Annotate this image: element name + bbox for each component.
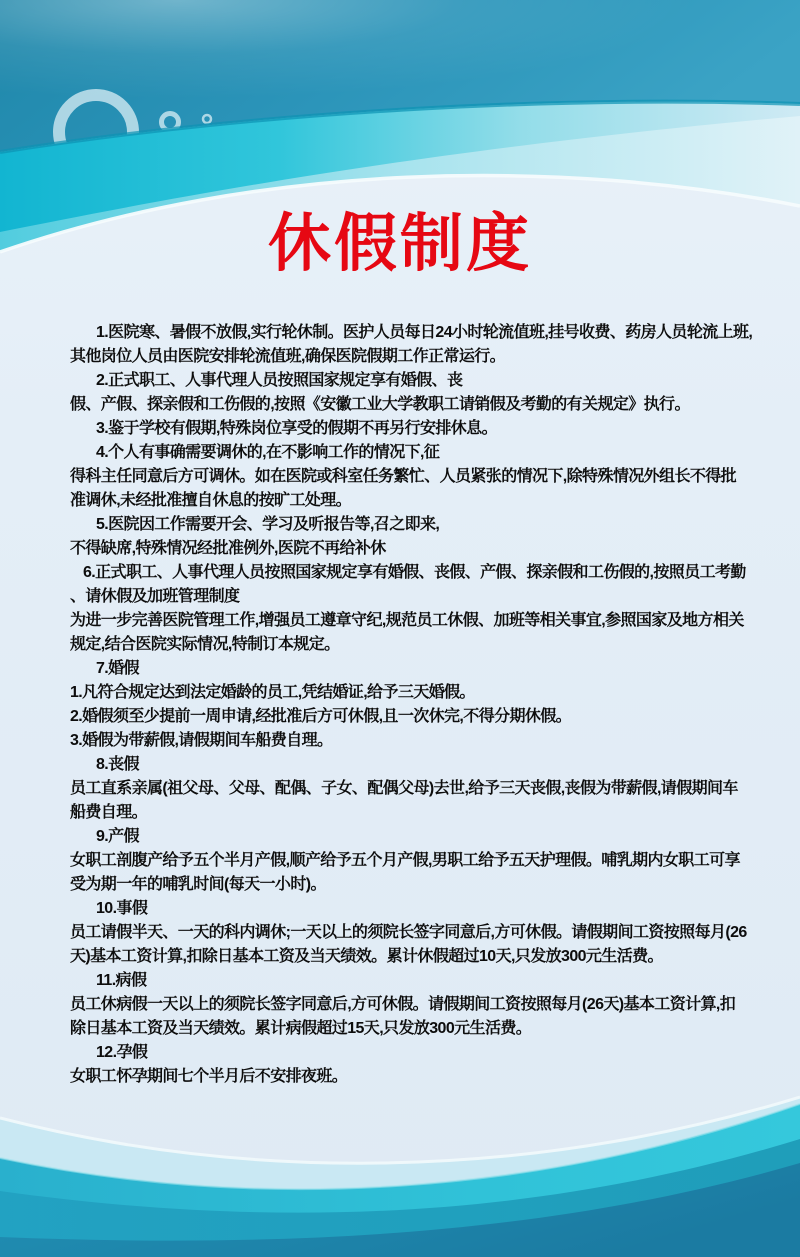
text-line: 准调休,未经批准擅自休息的按旷工处理。 bbox=[70, 489, 760, 513]
text-line: 1.医院寒、暑假不放假,实行轮休制。医护人员每日24小时轮流值班,挂号收费、药房… bbox=[70, 321, 760, 345]
text-line: 7.婚假 bbox=[70, 657, 760, 681]
text-line: 规定,结合医院实际情况,特制订本规定。 bbox=[70, 633, 760, 657]
text-line: 天)基本工资计算,扣除日基本工资及当天绩效。累计休假超过10天,只发放300元生… bbox=[70, 945, 760, 969]
text-line: 为进一步完善医院管理工作,增强员工遵章守纪,规范员工休假、加班等相关事宜,参照国… bbox=[70, 609, 760, 633]
page-title: 休假制度 bbox=[0, 208, 800, 280]
text-line: 6.正式职工、人事代理人员按照国家规定享有婚假、丧假、产假、探亲假和工伤假的,按… bbox=[70, 561, 760, 585]
text-line: 3.鉴于学校有假期,特殊岗位享受的假期不再另行安排休息。 bbox=[70, 417, 760, 441]
text-line: 员工休病假一天以上的须院长签字同意后,方可休假。请假期间工资按照每月(26天)基… bbox=[70, 993, 760, 1017]
text-line: 其他岗位人员由医院安排轮流值班,确保医院假期工作正常运行。 bbox=[70, 345, 760, 369]
text-line: 2.正式职工、人事代理人员按照国家规定享有婚假、丧 bbox=[70, 369, 760, 393]
text-line: 4.个人有事确需要调休的,在不影响工作的情况下,征 bbox=[70, 441, 760, 465]
text-line: 不得缺席,特殊情况经批准例外,医院不再给补休 bbox=[70, 537, 760, 561]
text-line: 12.孕假 bbox=[70, 1041, 760, 1065]
text-line: 9.产假 bbox=[70, 825, 760, 849]
text-line: 5.医院因工作需要开会、学习及听报告等,召之即来, bbox=[70, 513, 760, 537]
text-line: 8.丧假 bbox=[70, 753, 760, 777]
text-line: 、请休假及加班管理制度 bbox=[70, 585, 760, 609]
text-line: 假、产假、探亲假和工伤假的,按照《安徽工业大学教职工请销假及考勤的有关规定》执行… bbox=[70, 393, 760, 417]
text-line: 3.婚假为带薪假,请假期间车船费自理。 bbox=[70, 729, 760, 753]
leave-policy-poster: 休假制度 1.医院寒、暑假不放假,实行轮休制。医护人员每日24小时轮流值班,挂号… bbox=[0, 0, 800, 1257]
text-line: 员工请假半天、一天的科内调休;一天以上的须院长签字同意后,方可休假。请假期间工资… bbox=[70, 921, 760, 945]
text-line: 10.事假 bbox=[70, 897, 760, 921]
rings-decoration bbox=[34, 95, 211, 200]
text-line: 得科主任同意后方可调休。如在医院或科室任务繁忙、人员紧张的情况下,除特殊情况外组… bbox=[70, 465, 760, 489]
text-line: 船费自理。 bbox=[70, 801, 760, 825]
text-line: 1.凡符合规定达到法定婚龄的员工,凭结婚证,给予三天婚假。 bbox=[70, 681, 760, 705]
footer-wave-decoration bbox=[0, 1087, 800, 1257]
body-text: 1.医院寒、暑假不放假,实行轮休制。医护人员每日24小时轮流值班,挂号收费、药房… bbox=[70, 321, 760, 1089]
text-line: 受为期一年的哺乳时间(每天一小时)。 bbox=[70, 873, 760, 897]
text-line: 2.婚假须至少提前一周申请,经批准后方可休假,且一次休完,不得分期休假。 bbox=[70, 705, 760, 729]
text-line: 除日基本工资及当天绩效。累计病假超过15天,只发放300元生活费。 bbox=[70, 1017, 760, 1041]
text-line: 11.病假 bbox=[70, 969, 760, 993]
text-line: 女职工剖腹产给予五个半月产假,顺产给予五个月产假,男职工给予五天护理假。哺乳期内… bbox=[70, 849, 760, 873]
text-line: 员工直系亲属(祖父母、父母、配偶、子女、配偶父母)去世,给予三天丧假,丧假为带薪… bbox=[70, 777, 760, 801]
text-line: 女职工怀孕期间七个半月后不安排夜班。 bbox=[70, 1065, 760, 1089]
